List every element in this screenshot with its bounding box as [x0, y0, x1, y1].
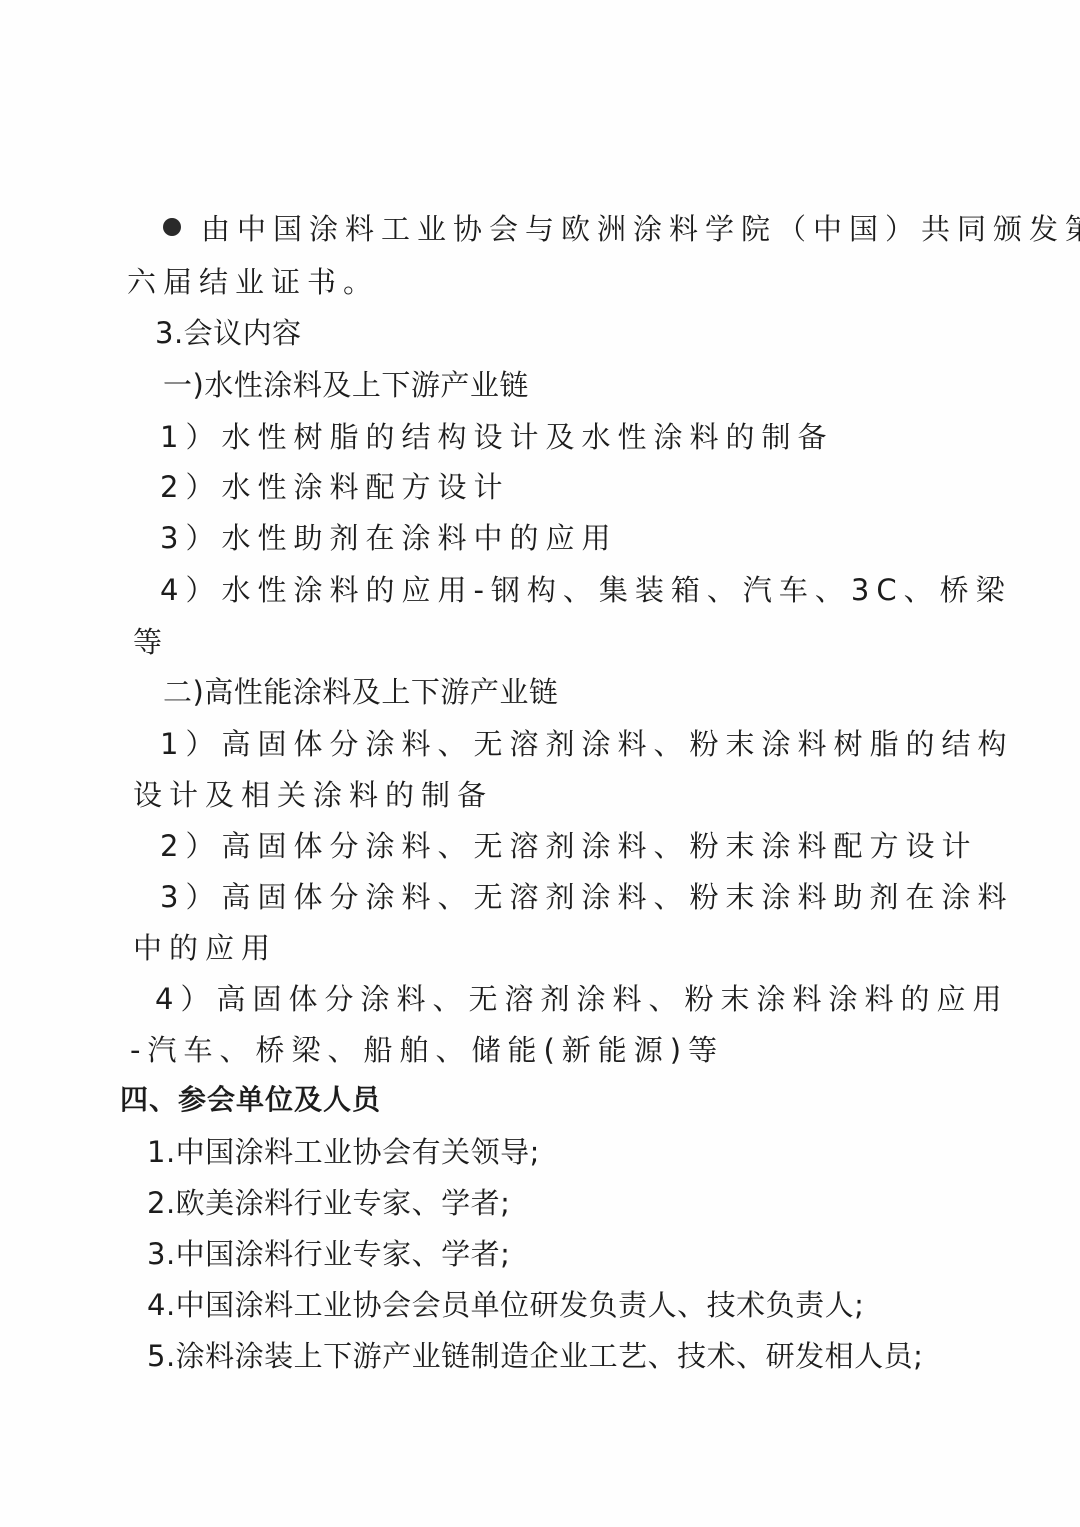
- section-4-title: 四、参会单位及人员: [120, 1080, 381, 1120]
- attendee-item-1: 1.中国涂料工业协会有关领导;: [147, 1132, 540, 1172]
- bullet-paragraph-line-2: 六届结业证书。: [127, 262, 379, 302]
- bullet-paragraph-line-1: 由中国涂料工业协会与欧洲涂料学院（中国）共同颁发第: [163, 209, 1080, 249]
- part-1-item-3: 3）水性助剂在涂料中的应用: [160, 518, 617, 558]
- attendee-item-5: 5.涂料涂装上下游产业链制造企业工艺、技术、研发相人员;: [147, 1336, 923, 1376]
- part-1-item-2: 2）水性涂料配方设计: [160, 467, 509, 507]
- attendee-item-2: 2.欧美涂料行业专家、学者;: [147, 1183, 510, 1223]
- part-2-item-2: 2）高固体分涂料、无溶剂涂料、粉末涂料配方设计: [160, 826, 977, 866]
- part-2-item-4-line-2: -汽车、桥梁、船舶、储能(新能源)等: [130, 1030, 724, 1070]
- part-1-item-4-cont: 等: [133, 622, 169, 662]
- part-2-item-1-line-1: 1）高固体分涂料、无溶剂涂料、粉末涂料树脂的结构: [160, 724, 1013, 764]
- part-1-title: 一)水性涂料及上下游产业链: [163, 365, 529, 405]
- bullet-dot-icon: [163, 218, 181, 236]
- part-2-item-3-line-2: 中的应用: [133, 928, 277, 968]
- part-2-item-3-line-1: 3）高固体分涂料、无溶剂涂料、粉末涂料助剂在涂料: [160, 877, 1013, 917]
- part-2-item-1-line-2: 设计及相关涂料的制备: [133, 775, 493, 815]
- part-1-item-4: 4）水性涂料的应用-钢构、集装箱、汽车、3C、桥梁: [160, 570, 1012, 610]
- attendee-item-3: 3.中国涂料行业专家、学者;: [147, 1234, 510, 1274]
- document-page: 由中国涂料工业协会与欧洲涂料学院（中国）共同颁发第 六届结业证书。 3.会议内容…: [0, 0, 1080, 1527]
- part-2-title: 二)高性能涂料及上下游产业链: [163, 672, 558, 712]
- part-2-item-4-line-1: 4）高固体分涂料、无溶剂涂料、粉末涂料涂料的应用: [155, 979, 1008, 1019]
- section-3-title: 3.会议内容: [155, 313, 302, 353]
- attendee-item-4: 4.中国涂料工业协会会员单位研发负责人、技术负责人;: [147, 1285, 864, 1325]
- part-1-item-1: 1）水性树脂的结构设计及水性涂料的制备: [160, 417, 833, 457]
